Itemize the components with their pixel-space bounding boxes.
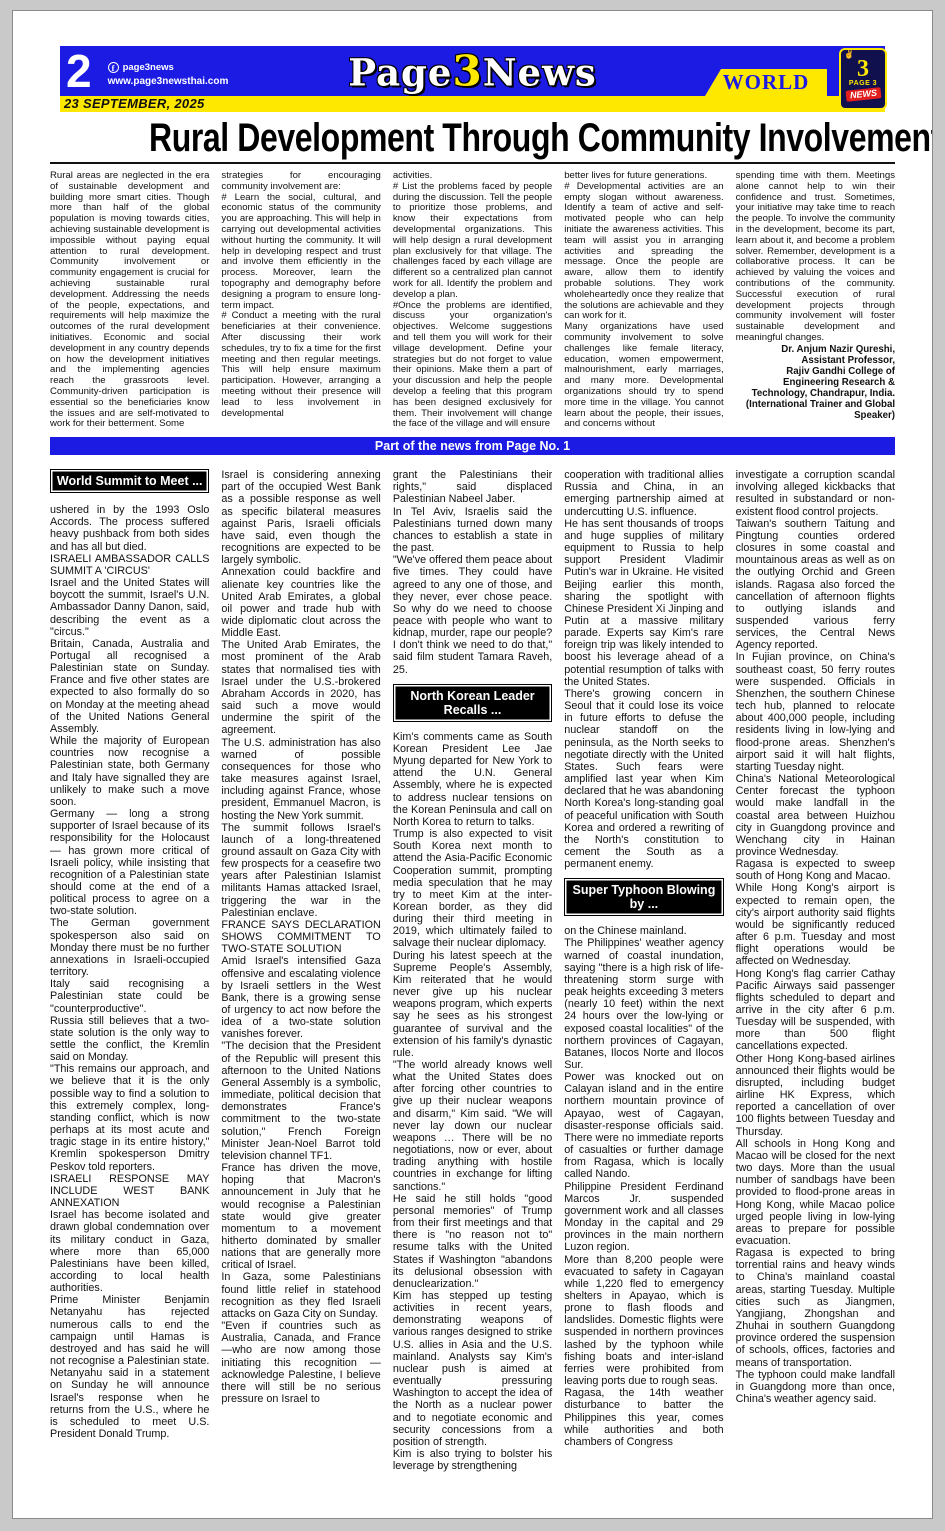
article-paragraph: spending time with them. Meetings alone …: [736, 171, 895, 344]
subheadline-text: Super Typhoon Blowing by ...: [573, 883, 716, 911]
article-paragraph: ISRAELI RESPONSE MAY INCLUDE WEST BANK A…: [50, 1173, 209, 1209]
article-paragraph: # Developmental activities are an empty …: [564, 182, 723, 322]
section-label-world: WORLD: [705, 69, 827, 96]
article-paragraph: The summit follows Israel's launch of a …: [221, 822, 380, 919]
article-paragraph: "This remains our approach, and we belie…: [50, 1063, 209, 1172]
article-paragraph: # Learn the social, cultural, and econom…: [221, 193, 380, 312]
article-paragraph: Many organizations have used community i…: [564, 322, 723, 430]
article-paragraph: "The decision that the President of the …: [221, 1040, 380, 1162]
article-paragraph: Italy said recognising a Palestinian sta…: [50, 978, 209, 1014]
headline-divider: [50, 162, 895, 164]
article-paragraph: Rural areas are neglected in the era of …: [50, 171, 209, 430]
article-paragraph: France has driven the move, hoping that …: [221, 1162, 380, 1271]
article-paragraph: In Gaza, some Palestinians found little …: [221, 1271, 380, 1320]
article-paragraph: More than 8,200 people were evacuated to…: [564, 1254, 723, 1388]
continuation-banner-text: Part of the news from Page No. 1: [375, 439, 570, 453]
article-paragraph: The United Arab Emirates, the most promi…: [221, 639, 380, 736]
article-paragraph: # List the problems faced by people duri…: [393, 182, 552, 301]
subheadline-box-north-korea: North Korean Leader Recalls ...: [393, 684, 552, 722]
masthead-part-1: Page: [348, 51, 452, 95]
article-paragraph: "Even if countries such as Australia, Ca…: [221, 1320, 380, 1405]
article-paragraph: Trump is also expected to visit South Ko…: [393, 828, 552, 950]
article-paragraph: He said he still holds "good personal me…: [393, 1193, 552, 1290]
article-paragraph: ISRAELI AMBASSADOR CALLS SUMMIT A 'CIRCU…: [50, 553, 209, 577]
logo-news-label: NEWS: [845, 87, 881, 102]
article-paragraph: Kim's comments came as South Korean Pres…: [393, 731, 552, 828]
article-paragraph: Hong Kong's flag carrier Cathay Pacific …: [736, 968, 895, 1053]
article-paragraph: Israel is considering annexing part of t…: [221, 469, 380, 566]
article-paragraph: Ragasa is expected to sweep south of Hon…: [736, 858, 895, 882]
article-paragraph: "The world already knows well what the U…: [393, 1059, 552, 1193]
subheadline-text: World Summit to Meet ...: [57, 474, 203, 488]
article-paragraph: investigate a corruption scandal involvi…: [736, 469, 895, 518]
masthead-part-2: 3: [452, 47, 482, 96]
article-paragraph: Kim is also trying to bolster his levera…: [393, 1448, 552, 1472]
article-paragraph: Philippine President Ferdinand Marcos Jr…: [564, 1181, 723, 1254]
facebook-icon: f: [108, 62, 119, 73]
date-strip: 23 SEPTEMBER, 2025: [60, 96, 885, 112]
masthead-title: Page3News: [348, 47, 597, 96]
article-paragraph: In Fujian province, on China's southeast…: [736, 651, 895, 773]
byline-line: (International Trainer and Global Speake…: [736, 399, 895, 421]
article-paragraph: Israel and the United States will boycot…: [50, 577, 209, 638]
subheadline-text: North Korean Leader Recalls ...: [410, 689, 534, 717]
article-paragraph: While the majority of European countries…: [50, 735, 209, 808]
article-paragraph: grant the Palestinians their rights," sa…: [393, 469, 552, 505]
main-headline: Rural Development Through Community Invo…: [149, 116, 933, 160]
page-header: 2 f page3news www.page3newsthai.com Page…: [50, 46, 895, 112]
subheadline-box-typhoon: Super Typhoon Blowing by ...: [564, 878, 723, 916]
masthead-part-3: News: [483, 51, 597, 95]
lower-column-4: cooperation with traditional allies Russ…: [564, 469, 723, 1448]
continuation-banner: Part of the news from Page No. 1: [50, 437, 895, 455]
lower-column-2: Israel is considering annexing part of t…: [221, 469, 380, 1405]
article-paragraph: # Conduct a meeting with the rural benef…: [221, 311, 380, 419]
top-article-column-3: activities.# List the problems faced by …: [393, 171, 552, 430]
top-article-column-5: spending time with them. Meetings alone …: [736, 171, 895, 430]
website-url: www.page3newsthai.com: [108, 76, 229, 87]
article-paragraph: Amid Israel's intensified Gaza offensive…: [221, 955, 380, 1040]
byline-line: Rajiv Gandhi College of Engineering Rese…: [736, 366, 895, 399]
logo-page-label: PAGE 3: [849, 80, 877, 87]
lower-column-3: grant the Palestinians their rights," sa…: [393, 469, 552, 1472]
article-paragraph: The German government spokesperson also …: [50, 917, 209, 978]
social-handle: page3news: [123, 62, 174, 73]
byline-line: Assistant Professor,: [736, 355, 895, 366]
article-paragraph: China's National Meteorological Center f…: [736, 773, 895, 858]
header-left-block: 2 f page3news www.page3newsthai.com: [66, 46, 228, 96]
logo-hand-icon: ✌: [844, 51, 854, 59]
lower-column-5: investigate a corruption scandal involvi…: [736, 469, 895, 1405]
social-line: f page3news: [108, 62, 229, 73]
article-paragraph: ushered in by the 1993 Oslo Accords. The…: [50, 504, 209, 553]
article-byline: Dr. Anjum Nazir Qureshi,Assistant Profes…: [736, 344, 895, 421]
article-paragraph: Power was knocked out on Calayan island …: [564, 1071, 723, 1180]
article-paragraph: During his latest speech at the Supreme …: [393, 950, 552, 1059]
article-paragraph: The Philippines' weather agency warned o…: [564, 937, 723, 1071]
article-paragraph: Kim has stepped up testing activities in…: [393, 1290, 552, 1448]
article-paragraph: Other Hong Kong-based airlines announced…: [736, 1053, 895, 1138]
article-paragraph: Germany — long a strong supporter of Isr…: [50, 808, 209, 917]
top-article-column-2: strategies for encouraging community inv…: [221, 171, 380, 430]
byline-line: Dr. Anjum Nazir Qureshi,: [736, 344, 895, 355]
article-paragraph: strategies for encouraging community inv…: [221, 171, 380, 193]
top-article-column-1: Rural areas are neglected in the era of …: [50, 171, 209, 430]
lower-column-1: World Summit to Meet ... ushered in by t…: [50, 469, 209, 1440]
article-paragraph: Russia still believes that a two-state s…: [50, 1015, 209, 1064]
article-paragraph: Prime Minister Benjamin Netanyahu has re…: [50, 1294, 209, 1440]
article-paragraph: #Once the problems are identified, discu…: [393, 301, 552, 431]
article-paragraph: on the Chinese mainland.: [564, 925, 723, 937]
article-paragraph: The typhoon could make landfall in Guang…: [736, 1369, 895, 1405]
article-paragraph: In Tel Aviv, Israelis said the Palestini…: [393, 506, 552, 555]
top-article-column-4: better lives for future generations.# De…: [564, 171, 723, 430]
contact-block: f page3news www.page3newsthai.com: [108, 62, 229, 87]
article-paragraph: Israel has become isolated and drawn glo…: [50, 1209, 209, 1294]
headline-row: Rural Development Through Community Invo…: [50, 116, 895, 160]
article-paragraph: "We've offered them peace about five tim…: [393, 554, 552, 676]
header-bar: 2 f page3news www.page3newsthai.com Page…: [60, 46, 885, 96]
article-paragraph: While Hong Kong's airport is expected to…: [736, 882, 895, 967]
issue-date: 23 SEPTEMBER, 2025: [64, 96, 205, 112]
article-paragraph: There's growing concern in Seoul that it…: [564, 688, 723, 870]
article-paragraph: Annexation could backfire and alienate k…: [221, 566, 380, 639]
article-paragraph: The U.S. administration has also warned …: [221, 737, 380, 822]
article-paragraph: Ragasa, the 14th weather disturbance to …: [564, 1387, 723, 1448]
lower-section: World Summit to Meet ... ushered in by t…: [50, 469, 895, 1472]
logo-number: 3: [857, 59, 869, 79]
subheadline-box-world-summit: World Summit to Meet ...: [50, 469, 209, 493]
article-paragraph: Ragasa is expected to bring torrential r…: [736, 1247, 895, 1369]
article-paragraph: FRANCE SAYS DECLARATION SHOWS COMMITMENT…: [221, 919, 380, 955]
article-paragraph: All schools in Hong Kong and Macao will …: [736, 1138, 895, 1247]
top-article: Rural areas are neglected in the era of …: [50, 171, 895, 430]
article-paragraph: Britain, Canada, Australia and Portugal …: [50, 638, 209, 735]
article-paragraph: Taiwan's southern Taitung and Pingtung c…: [736, 518, 895, 652]
page-number: 2: [66, 46, 108, 96]
section-label-text: WORLD: [723, 70, 810, 95]
article-paragraph: cooperation with traditional allies Russ…: [564, 469, 723, 518]
article-paragraph: He has sent thousands of troops and huge…: [564, 518, 723, 688]
newspaper-page: 2 f page3news www.page3newsthai.com Page…: [12, 10, 933, 1519]
page3news-logo: ✌ 3 PAGE 3 NEWS: [839, 48, 887, 110]
